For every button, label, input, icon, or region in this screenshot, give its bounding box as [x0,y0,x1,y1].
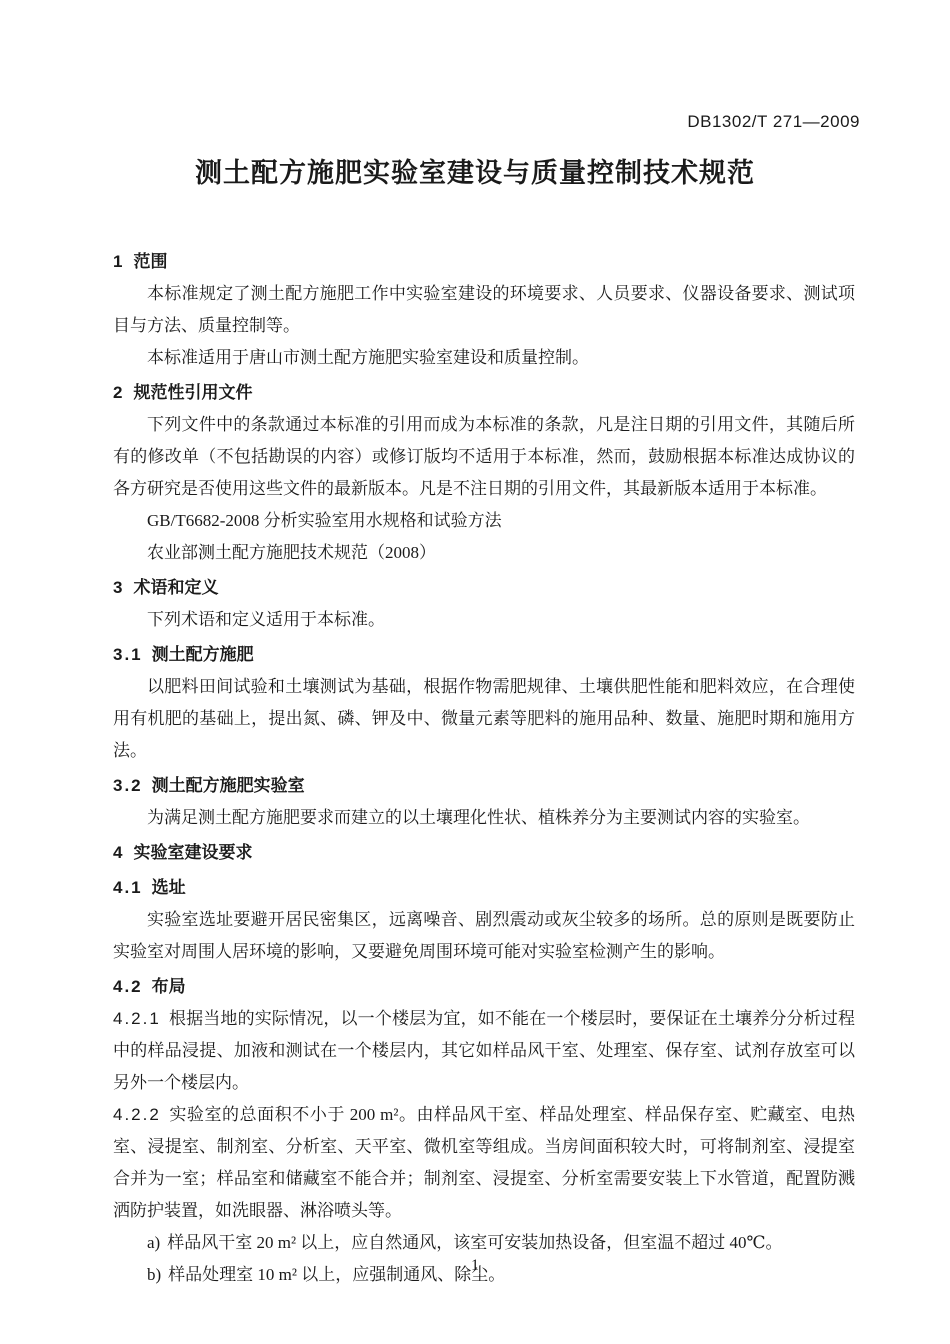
clause-number: 4.2.2 [113,1105,161,1124]
document-body: 1范围 本标准规定了测土配方施肥工作中实验室建设的环境要求、人员要求、仪器设备要… [113,246,855,1291]
terms-intro: 下列术语和定义适用于本标准。 [113,604,855,636]
list-marker: a) [147,1233,160,1252]
section-number: 2 [113,383,124,402]
section-label: 规范性引用文件 [133,383,252,402]
section-number: 3.1 [113,645,143,664]
section-number: 4.2 [113,977,143,996]
section-4-heading: 4实验室建设要求 [113,837,855,869]
section-4-1-heading: 4.1选址 [113,872,855,904]
section-label: 选址 [152,878,186,897]
document-title: 测土配方施肥实验室建设与质量控制技术规范 [0,156,950,190]
section-1-heading: 1范围 [113,246,855,278]
section-3-1-heading: 3.1测土配方施肥 [113,639,855,671]
list-item-text: 样品风干室 20 m² 以上，应自然通风，该室可安装加热设备，但室温不超过 40… [167,1233,782,1252]
section-label: 测土配方施肥 [152,645,254,664]
clause-text: 实验室的总面积不小于 200 m²。由样品风干室、样品处理室、样品保存室、贮藏室… [113,1105,855,1220]
section-2-heading: 2规范性引用文件 [113,377,855,409]
reference-entry-2: 农业部测土配方施肥技术规范（2008） [113,537,855,569]
section-label: 范围 [133,252,167,271]
clause-4-2-1: 4.2.1根据当地的实际情况，以一个楼层为宜，如不能在一个楼层时，要保证在土壤养… [113,1003,855,1099]
references-paragraph: 下列文件中的条款通过本标准的引用而成为本标准的条款，凡是注日期的引用文件，其随后… [113,409,855,505]
list-item-a: a)样品风干室 20 m² 以上，应自然通风，该室可安装加热设备，但室温不超过 … [113,1227,855,1259]
siting-paragraph: 实验室选址要避开居民密集区，远离噪音、剧烈震动或灰尘较多的场所。总的原则是既要防… [113,904,855,968]
term-3-2-definition: 为满足测土配方施肥要求而建立的以土壤理化性状、植株养分为主要测试内容的实验室。 [113,802,855,834]
clause-number: 4.2.1 [113,1009,161,1028]
reference-entry-1: GB/T6682-2008 分析实验室用水规格和试验方法 [113,505,855,537]
scope-paragraph-1: 本标准规定了测土配方施肥工作中实验室建设的环境要求、人员要求、仪器设备要求、测试… [113,278,855,342]
section-number: 3.2 [113,776,143,795]
page-number: 1 [0,1256,950,1276]
clause-text: 根据当地的实际情况，以一个楼层为宜，如不能在一个楼层时，要保证在土壤养分分析过程… [113,1009,855,1092]
clause-4-2-2: 4.2.2实验室的总面积不小于 200 m²。由样品风干室、样品处理室、样品保存… [113,1099,855,1227]
section-label: 实验室建设要求 [133,843,252,862]
section-label: 布局 [152,977,186,996]
section-3-heading: 3术语和定义 [113,572,855,604]
section-label: 术语和定义 [133,578,218,597]
standard-doc-code: DB1302/T 271—2009 [0,112,860,132]
section-number: 3 [113,578,124,597]
scope-paragraph-2: 本标准适用于唐山市测土配方施肥实验室建设和质量控制。 [113,342,855,374]
section-3-2-heading: 3.2测土配方施肥实验室 [113,770,855,802]
document-page: DB1302/T 271—2009 测土配方施肥实验室建设与质量控制技术规范 1… [0,0,950,1344]
section-4-2-heading: 4.2布局 [113,971,855,1003]
section-number: 4 [113,843,124,862]
section-number: 4.1 [113,878,143,897]
section-label: 测土配方施肥实验室 [152,776,305,795]
term-3-1-definition: 以肥料田间试验和土壤测试为基础，根据作物需肥规律、土壤供肥性能和肥料效应，在合理… [113,671,855,767]
section-number: 1 [113,252,124,271]
